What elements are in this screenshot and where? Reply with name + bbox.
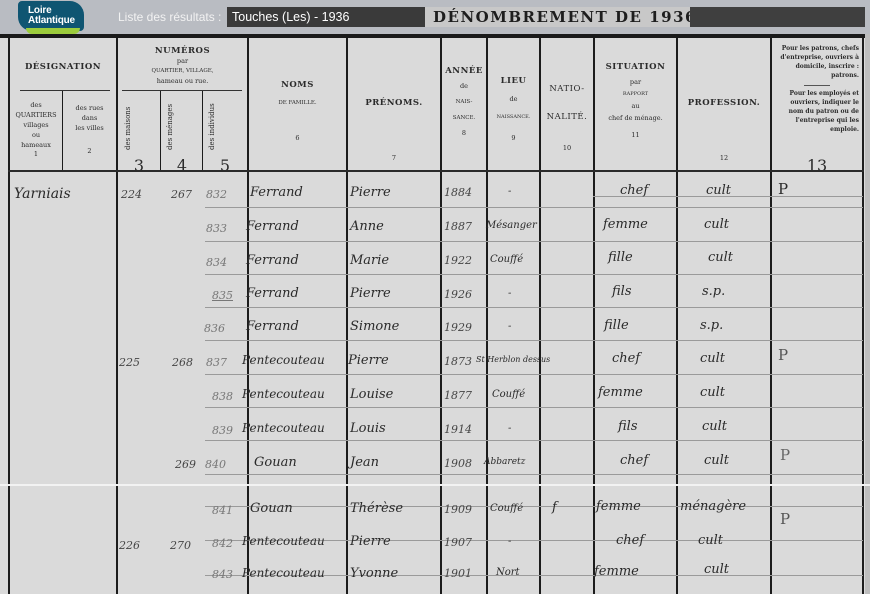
header-noms: NOMS DE FAMILLE. 6 xyxy=(249,80,346,142)
header-individus: des individus xyxy=(208,103,216,150)
header-rues: des rues dans les villes 2 xyxy=(63,103,116,155)
results-list-label: Liste des résultats : xyxy=(118,10,221,24)
row-rule xyxy=(205,440,863,441)
cell-individu: 842 xyxy=(212,537,233,550)
cell-individu: 837 xyxy=(206,356,227,369)
cell-prenom: Jean xyxy=(350,455,379,470)
cell-situation: fille xyxy=(604,318,629,333)
cell-lieu: Couffé xyxy=(490,503,523,514)
cell-lieu: Couffé xyxy=(490,254,523,265)
cell-nom: Ferrand xyxy=(246,253,299,268)
cell-situation: fils xyxy=(618,419,638,434)
cell-situation: femme xyxy=(603,217,648,232)
document-title: DÉNOMBREMENT DE 1936. xyxy=(433,7,704,28)
cell-prenom: Yvonne xyxy=(350,566,398,581)
cell-annee: 1901 xyxy=(444,567,472,580)
cell-patron: P xyxy=(780,510,790,528)
row-rule xyxy=(205,274,863,275)
cell-situation: fils xyxy=(612,284,632,299)
cell-nom: Ferrand xyxy=(246,286,299,301)
cell-individu: 839 xyxy=(212,424,233,437)
row-rule xyxy=(205,241,863,242)
col-num-3: 3 xyxy=(118,156,160,175)
cell-prenom: Marie xyxy=(350,253,389,268)
cell-profession: cult xyxy=(702,419,727,434)
cell-individu: 843 xyxy=(212,568,233,581)
cell-individu: 836 xyxy=(204,322,225,335)
row-rule xyxy=(205,340,863,341)
cell-nom: Ferrand xyxy=(246,219,299,234)
cell-nom: Gouan xyxy=(254,455,297,470)
cell-nationalite: f xyxy=(552,500,557,515)
header-annee: ANNÉE de NAIS- SANCE. 8 xyxy=(442,66,486,137)
col-num-13: 13 xyxy=(772,156,862,175)
cell-prenom: Pierre xyxy=(350,286,391,301)
header-prenoms: PRÉNOMS. 7 xyxy=(348,98,440,162)
cell-individu: 833 xyxy=(206,222,227,235)
cell-lieu: - xyxy=(508,536,511,547)
results-select[interactable]: Touches (Les) - 1936 xyxy=(227,7,425,27)
cell-nom: Pentecouteau xyxy=(242,387,325,401)
header-note-divider xyxy=(804,85,830,86)
col-divider xyxy=(116,38,118,594)
header-numeros: NUMÉROS par QUARTIER, VILLAGE, hameau ou… xyxy=(118,46,247,86)
top-bar: Loire Atlantique Liste des résultats : T… xyxy=(0,0,870,34)
header-situation: SITUATION par RAPPORT au chef de ménage.… xyxy=(595,62,676,139)
cell-individu: 838 xyxy=(212,390,233,403)
cell-individu: 835 xyxy=(212,289,233,302)
cell-profession: cult xyxy=(700,351,725,366)
cell-annee: 1909 xyxy=(444,503,472,516)
cell-prenom: Pierre xyxy=(350,185,391,200)
cell-individu: 841 xyxy=(212,504,233,517)
header-maisons: des maisons xyxy=(124,107,132,150)
cell-annee: 1908 xyxy=(444,457,472,470)
loire-atlantique-logo[interactable]: Loire Atlantique xyxy=(18,1,84,35)
cell-profession: s.p. xyxy=(700,318,723,333)
cell-annee: 1922 xyxy=(444,254,472,267)
cell-situation: chef xyxy=(612,351,640,366)
row-rule xyxy=(205,407,863,408)
cell-prenom: Simone xyxy=(350,319,399,334)
cell-annee: 1873 xyxy=(444,355,472,368)
cell-menage: 269 xyxy=(175,458,196,471)
cell-annee: 1914 xyxy=(444,423,472,436)
cell-lieu: Mésanger xyxy=(486,220,537,231)
cell-nom: Ferrand xyxy=(246,319,299,334)
cell-nom: Pentecouteau xyxy=(242,566,325,580)
row-rule xyxy=(205,506,863,507)
cell-profession: cult xyxy=(698,533,723,548)
cell-annee: 1877 xyxy=(444,389,472,402)
cell-patron: P xyxy=(778,346,788,364)
cell-prenom: Pierre xyxy=(348,353,389,368)
header-quartiers: des QUARTIERS villages ou hameaux 1 xyxy=(10,100,62,158)
cell-nom: Pentecouteau xyxy=(242,421,325,435)
cell-profession: ménagère xyxy=(680,499,746,514)
cell-annee: 1926 xyxy=(444,288,472,301)
cell-nom: Pentecouteau xyxy=(242,353,325,367)
cell-individu: 840 xyxy=(205,458,226,471)
cell-menage: 270 xyxy=(170,539,191,552)
cell-patron: P xyxy=(778,180,788,198)
cell-annee: 1887 xyxy=(444,220,472,233)
cell-prenom: Thérèse xyxy=(350,501,403,516)
cell-patron: P xyxy=(780,446,790,464)
cell-lieu: - xyxy=(508,288,511,299)
cell-lieu: - xyxy=(508,321,511,332)
cell-profession: cult xyxy=(704,453,729,468)
logo-line-2: Atlantique xyxy=(28,15,75,26)
header-nationalite: NATIO- NALITÉ. 10 xyxy=(541,84,593,152)
cell-lieu: - xyxy=(508,186,511,197)
cell-nom: Pentecouteau xyxy=(242,534,325,548)
col-divider xyxy=(770,38,772,594)
header-lieu: LIEU de NAISSANCE. 9 xyxy=(488,76,539,142)
cell-lieu: Abbaretz xyxy=(484,457,525,467)
header-patron-note-1: Pour les patrons, chefs d'entreprise, ou… xyxy=(775,44,859,80)
village-name: Yarniais xyxy=(14,186,71,202)
cell-prenom: Louise xyxy=(350,387,393,402)
cell-lieu: Couffé xyxy=(492,389,525,400)
cell-individu: 832 xyxy=(206,188,227,201)
cell-menage: 268 xyxy=(172,356,193,369)
cell-annee: 1929 xyxy=(444,321,472,334)
cell-prenom: Louis xyxy=(350,421,386,436)
cell-prenom: Pierre xyxy=(350,534,391,549)
cell-maison: 226 xyxy=(119,539,140,552)
cell-maison: 225 xyxy=(119,356,140,369)
header-menages: des ménages xyxy=(166,104,174,150)
row-rule xyxy=(205,474,863,475)
cell-annee: 1884 xyxy=(444,186,472,199)
cell-prenom: Anne xyxy=(350,219,384,234)
cell-menage: 267 xyxy=(171,188,192,201)
cell-lieu: St Herblon dessus xyxy=(476,355,550,364)
document-top-border xyxy=(0,34,870,38)
scan-edge xyxy=(865,34,870,594)
cell-annee: 1907 xyxy=(444,536,472,549)
row-rule xyxy=(205,207,863,208)
cell-profession: cult xyxy=(706,183,731,198)
header-designation: DÉSIGNATION xyxy=(10,62,116,72)
cell-situation: chef xyxy=(616,533,644,548)
cell-situation: chef xyxy=(620,183,648,198)
cell-profession: cult xyxy=(708,250,733,265)
row-rule xyxy=(205,307,863,308)
cell-situation: femme xyxy=(598,385,643,400)
header-patron-note-2: Pour les employés et ouvriers, indiquer … xyxy=(775,89,859,134)
header-brace xyxy=(122,90,242,91)
cell-situation: chef xyxy=(620,453,648,468)
cell-maison: 224 xyxy=(121,188,142,201)
cell-individu: 834 xyxy=(206,256,227,269)
cell-profession: cult xyxy=(700,385,725,400)
header-profession: PROFESSION. 12 xyxy=(678,98,770,162)
row-rule xyxy=(205,374,863,375)
cell-nom: Gouan xyxy=(250,501,293,516)
header-brace xyxy=(20,90,110,91)
cell-profession: cult xyxy=(704,562,729,577)
border-right xyxy=(862,38,864,594)
cell-lieu: - xyxy=(508,423,511,434)
cell-profession: s.p. xyxy=(702,284,725,299)
cell-lieu: Nort xyxy=(496,567,520,578)
scan-seam xyxy=(0,484,870,486)
col-num-4: 4 xyxy=(161,156,203,175)
col-num-5: 5 xyxy=(203,156,247,175)
cell-situation: femme xyxy=(594,564,639,579)
cell-profession: cult xyxy=(704,217,729,232)
right-toolbar-area xyxy=(690,7,865,27)
cell-nom: Ferrand xyxy=(250,185,303,200)
cell-situation: femme xyxy=(596,499,641,514)
cell-situation: fille xyxy=(608,250,633,265)
